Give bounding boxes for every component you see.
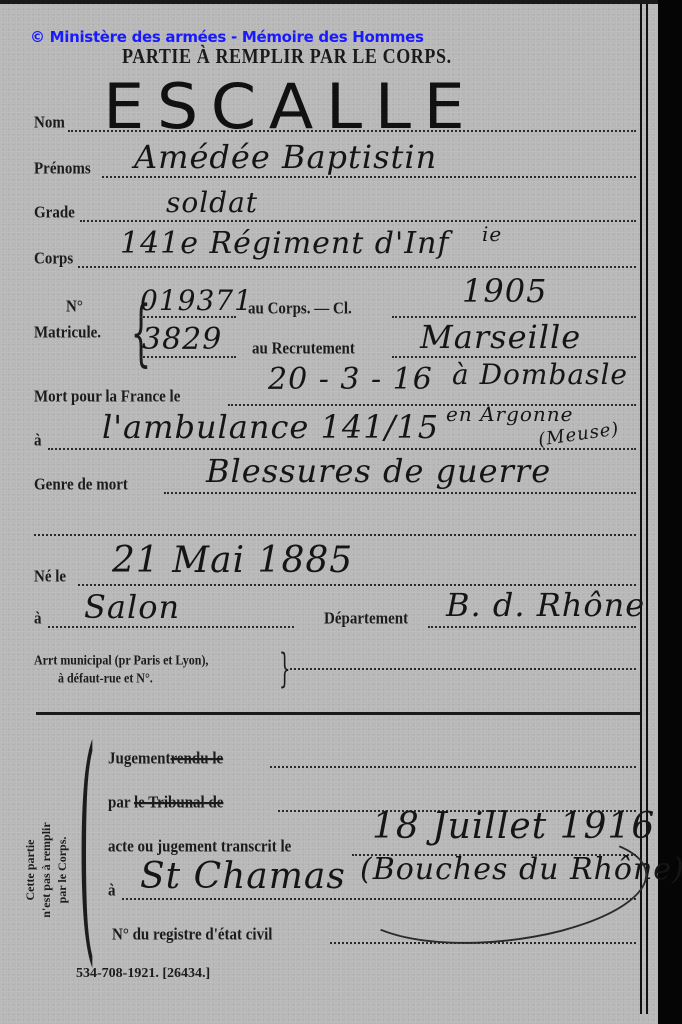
departement-value: B. d. Rhône <box>446 586 645 624</box>
tribunal-label-a: par <box>108 794 130 812</box>
grade-line <box>80 220 636 222</box>
matricule-label-no: N° <box>66 298 83 317</box>
mort-label: Mort pour la France le <box>34 388 180 407</box>
blank-line <box>34 534 636 536</box>
lieu-naissance-line <box>48 626 294 628</box>
recrutement-label: au Recrutement <box>252 340 355 359</box>
registre-label: N° du registre d'état civil <box>112 926 272 945</box>
jugement-brace: ( <box>78 718 96 968</box>
tribunal-label: par le Tribunal de <box>108 794 223 813</box>
side-note-line1: Cette partie <box>22 780 38 960</box>
arrondissement-label: Arrt municipal (pr Paris et Lyon), <box>34 653 208 670</box>
form-reference: 534-708-1921. [26434.] <box>76 966 210 982</box>
corps-value: 141e Régiment d'Inf <box>120 226 450 261</box>
classe-value: 1905 <box>462 272 547 310</box>
transcrit-lieu-value: St Chamas <box>140 856 346 897</box>
side-note: Cette partie n'est pas à remplir par le … <box>22 780 70 960</box>
section-separator <box>36 712 640 715</box>
scan-border-top <box>0 0 682 4</box>
lieu-mort-note-argonne: en Argonne <box>446 402 574 426</box>
jugement-rendu-label: Jugementrendu le <box>108 750 223 769</box>
departement-line <box>428 626 636 628</box>
corps-suffix: ie <box>482 222 502 246</box>
departement-label: Département <box>324 610 408 629</box>
mort-place-value: à Dombasle <box>452 358 628 391</box>
side-note-line2: n'est pas à remplir <box>38 780 54 960</box>
nom-value: ESCALLE <box>103 70 477 143</box>
genre-mort-label: Genre de mort <box>34 476 128 495</box>
arrondissement-label-2: à défaut-rue et N°. <box>58 671 153 688</box>
mort-line <box>228 404 636 406</box>
copyright-watermark: © Ministère des armées - Mémoire des Hom… <box>30 28 424 46</box>
lieu-naissance-value: Salon <box>84 588 180 626</box>
form-heading: PARTIE À REMPLIR PAR LE CORPS. <box>122 44 452 68</box>
mort-date-value: 20 - 3 - 16 <box>268 362 433 397</box>
naissance-value: 21 Mai 1885 <box>112 540 353 581</box>
lieu-naissance-label: à <box>34 610 42 629</box>
side-note-line3: par le Corps. <box>54 780 70 960</box>
corps-label: Corps <box>34 250 73 269</box>
prenoms-line <box>102 176 636 178</box>
grade-value: soldat <box>166 186 258 219</box>
prenoms-value: Amédée Baptistin <box>134 138 437 176</box>
jugement-label-b-struck: rendu le <box>171 750 224 768</box>
transcrit-label: acte ou jugement transcrit le <box>108 838 291 857</box>
jugement-label-a: Jugement <box>108 750 171 768</box>
transcrit-lieu-label: à <box>108 882 116 901</box>
tribunal-label-b-struck: le Tribunal de <box>134 794 223 812</box>
grade-label: Grade <box>34 204 75 223</box>
prenoms-label: Prénoms <box>34 160 91 179</box>
matricule-label: Matricule. <box>34 324 101 343</box>
jugement-rendu-line <box>270 766 636 768</box>
naissance-label: Né le <box>34 568 66 587</box>
arrondissement-line <box>290 668 636 670</box>
lieu-mort-label: à <box>34 432 42 451</box>
lieu-mort-value: l'ambulance 141/15 <box>102 408 439 446</box>
corps-number-value: 019371 <box>140 284 253 317</box>
genre-mort-value: Blessures de guerre <box>206 452 551 490</box>
nom-label: Nom <box>34 114 65 133</box>
corps-class-label: au Corps. — Cl. <box>248 300 352 319</box>
registre-line <box>330 942 636 944</box>
genre-mort-line <box>164 492 636 494</box>
arrondissement-brace: } <box>279 646 290 692</box>
recrutement-number-value: 3829 <box>142 322 222 357</box>
recrutement-value: Marseille <box>420 318 581 356</box>
corps-line <box>78 266 636 268</box>
